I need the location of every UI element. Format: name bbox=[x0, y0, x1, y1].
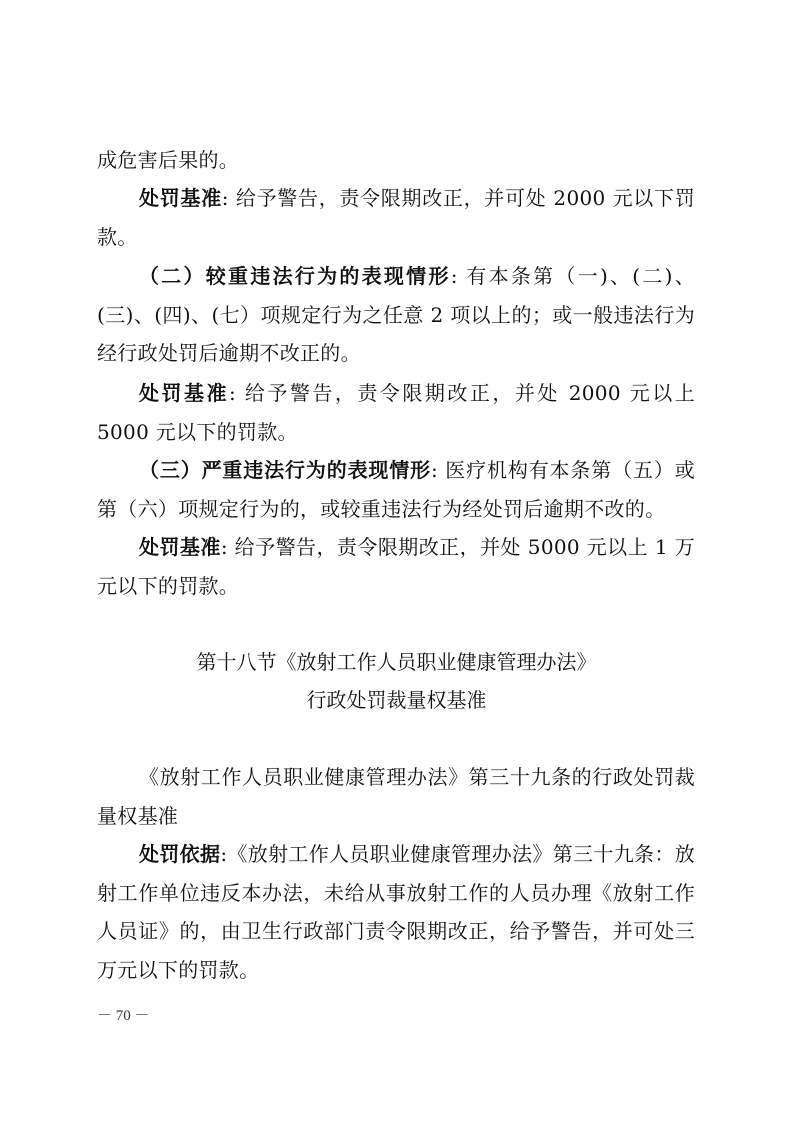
section-heading-line1: 第十八节《放射工作人员职业健康管理办法》 bbox=[0, 643, 793, 681]
paragraph-penalty-basis: 处罚依据:《放射工作人员职业健康管理办法》第三十九条：放射工作单位违反本办法，未… bbox=[97, 835, 695, 989]
label-colon: : bbox=[451, 264, 458, 288]
label-penalty-standard: 处罚基准 bbox=[139, 381, 229, 405]
section-heading-line2: 行政处罚裁量权基准 bbox=[0, 681, 793, 719]
label-severe-violation: （三）严重违法行为的表现情形 bbox=[139, 458, 431, 482]
label-penalty-standard: 处罚基准 bbox=[139, 186, 222, 210]
paragraph-serious-violation-moderate: （二）较重违法行为的表现情形: 有本条第（一)、(二)、(三)、(四)、(七）项… bbox=[97, 257, 695, 373]
document-page: 成危害后果的。 处罚基准: 给予警告，责令限期改正，并可处 2000 元以下罚款… bbox=[0, 0, 793, 1122]
label-moderate-violation: （二）较重违法行为的表现情形 bbox=[139, 264, 451, 288]
paragraph-text: 成危害后果的。 bbox=[97, 148, 239, 172]
label-colon: : bbox=[222, 186, 229, 210]
label-colon: : bbox=[229, 381, 236, 405]
paragraph-penalty-standard-general: 处罚基准: 给予警告，责令限期改正，并可处 2000 元以下罚款。 bbox=[97, 179, 695, 256]
paragraph-penalty-standard-severe: 处罚基准: 给予警告，责令限期改正，并处 5000 元以上 1 万元以下的罚款。 bbox=[97, 528, 695, 605]
paragraph-article-title: 《放射工作人员职业健康管理办法》第三十九条的行政处罚裁量权基准 bbox=[97, 758, 695, 835]
paragraph-continuation: 成危害后果的。 bbox=[97, 141, 695, 180]
paragraph-severe-violation: （三）严重违法行为的表现情形: 医疗机构有本条第（五）或第（六）项规定行为的，或… bbox=[97, 451, 695, 528]
page-number: － 70 － bbox=[97, 1004, 150, 1025]
label-penalty-standard: 处罚基准 bbox=[139, 535, 221, 559]
label-colon: : bbox=[221, 535, 228, 559]
label-colon: : bbox=[431, 458, 438, 482]
paragraph-text: 《放射工作人员职业健康管理办法》第三十九条的行政处罚裁量权基准 bbox=[97, 765, 695, 828]
label-penalty-basis: 处罚依据 bbox=[139, 842, 220, 866]
paragraph-penalty-standard-moderate: 处罚基准: 给予警告，责令限期改正，并处 2000 元以上 5000 元以下的罚… bbox=[97, 374, 695, 451]
